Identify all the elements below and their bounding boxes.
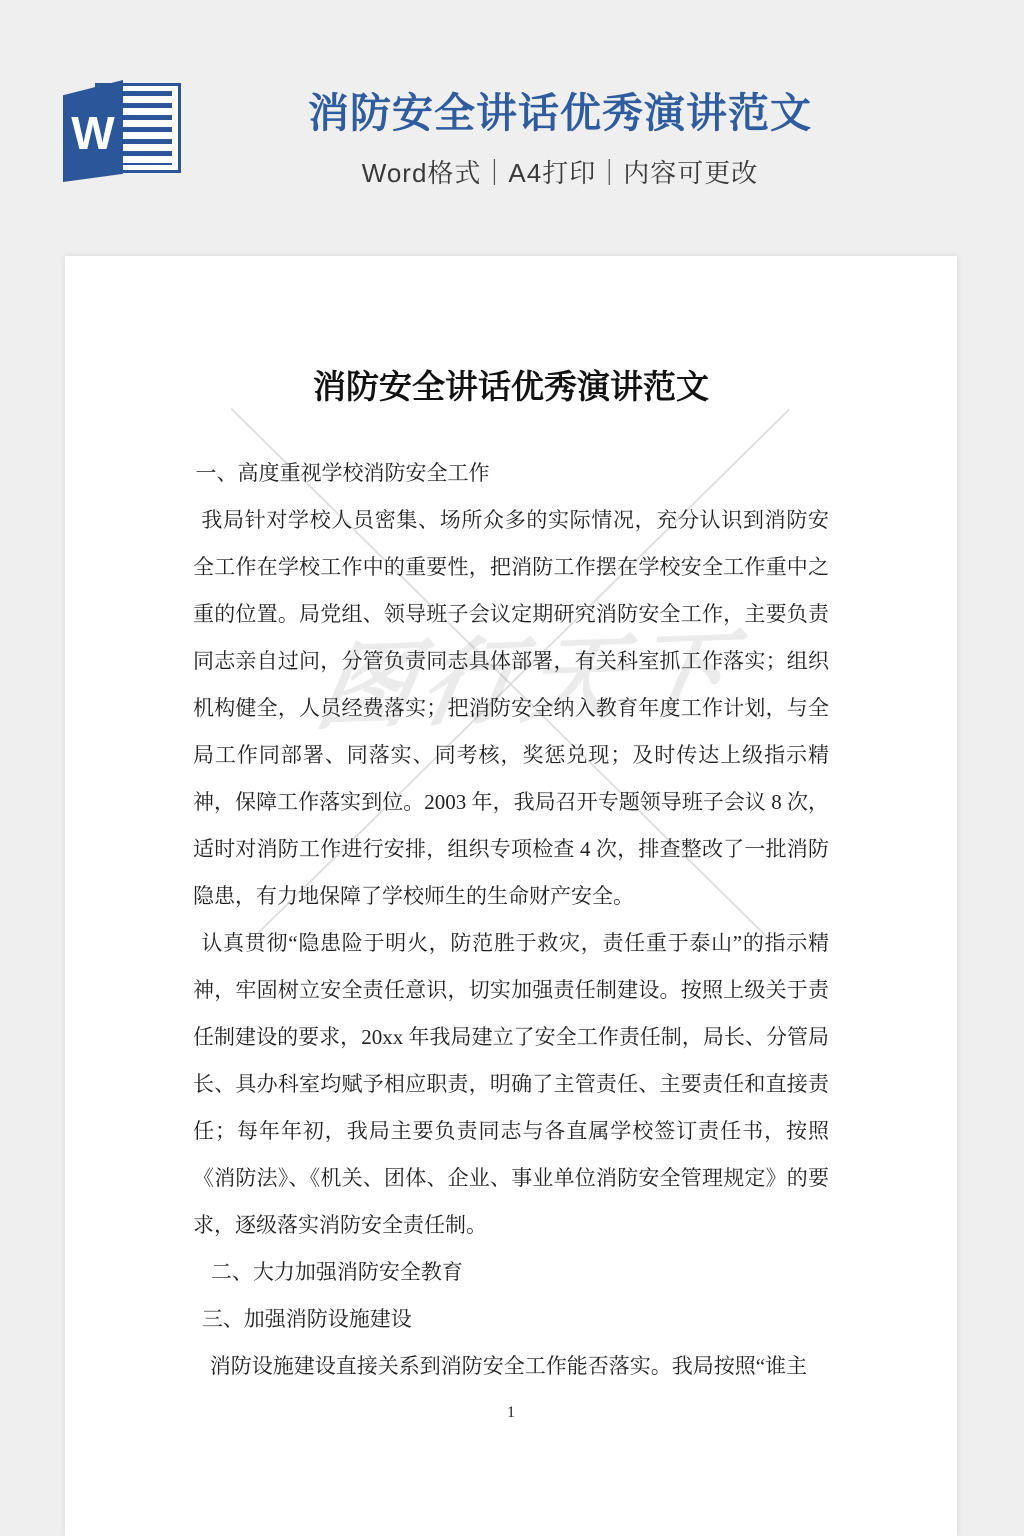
header-subtitle: Word格式｜A4打印｜内容可更改 bbox=[150, 153, 970, 190]
document-page: 图行天下 消防安全讲话优秀演讲范文 一、高度重视学校消防安全工作我局针对学校人员… bbox=[65, 256, 957, 1536]
document-content: 消防安全讲话优秀演讲范文 一、高度重视学校消防安全工作我局针对学校人员密集、场所… bbox=[193, 368, 829, 1422]
document-heading: 二、大力加强消防安全教育 bbox=[193, 1249, 829, 1296]
page-background: W 消防安全讲话优秀演讲范文 Word格式｜A4打印｜内容可更改 图行天下 消防… bbox=[0, 0, 1024, 1536]
document-paragraph: 我局针对学校人员密集、场所众多的实际情况，充分认识到消防安全工作在学校工作中的重… bbox=[193, 497, 829, 920]
header-text-block: 消防安全讲话优秀演讲范文 Word格式｜A4打印｜内容可更改 bbox=[150, 90, 970, 190]
document-heading: 一、高度重视学校消防安全工作 bbox=[193, 450, 829, 497]
document-paragraph: 认真贯彻“隐患险于明火，防范胜于救灾，责任重于泰山”的指示精神，牢固树立安全责任… bbox=[193, 920, 829, 1249]
word-icon-flag: W bbox=[63, 80, 123, 182]
page-number: 1 bbox=[193, 1404, 829, 1422]
header-title: 消防安全讲话优秀演讲范文 bbox=[150, 90, 970, 137]
word-icon-letter: W bbox=[71, 106, 114, 160]
document-title: 消防安全讲话优秀演讲范文 bbox=[193, 368, 829, 408]
document-paragraph: 消防设施建设直接关系到消防安全工作能否落实。我局按照“谁主 bbox=[193, 1343, 829, 1390]
document-heading: 三、加强消防设施建设 bbox=[193, 1296, 829, 1343]
document-body: 一、高度重视学校消防安全工作我局针对学校人员密集、场所众多的实际情况，充分认识到… bbox=[193, 450, 829, 1390]
header: W 消防安全讲话优秀演讲范文 Word格式｜A4打印｜内容可更改 bbox=[0, 0, 1024, 256]
